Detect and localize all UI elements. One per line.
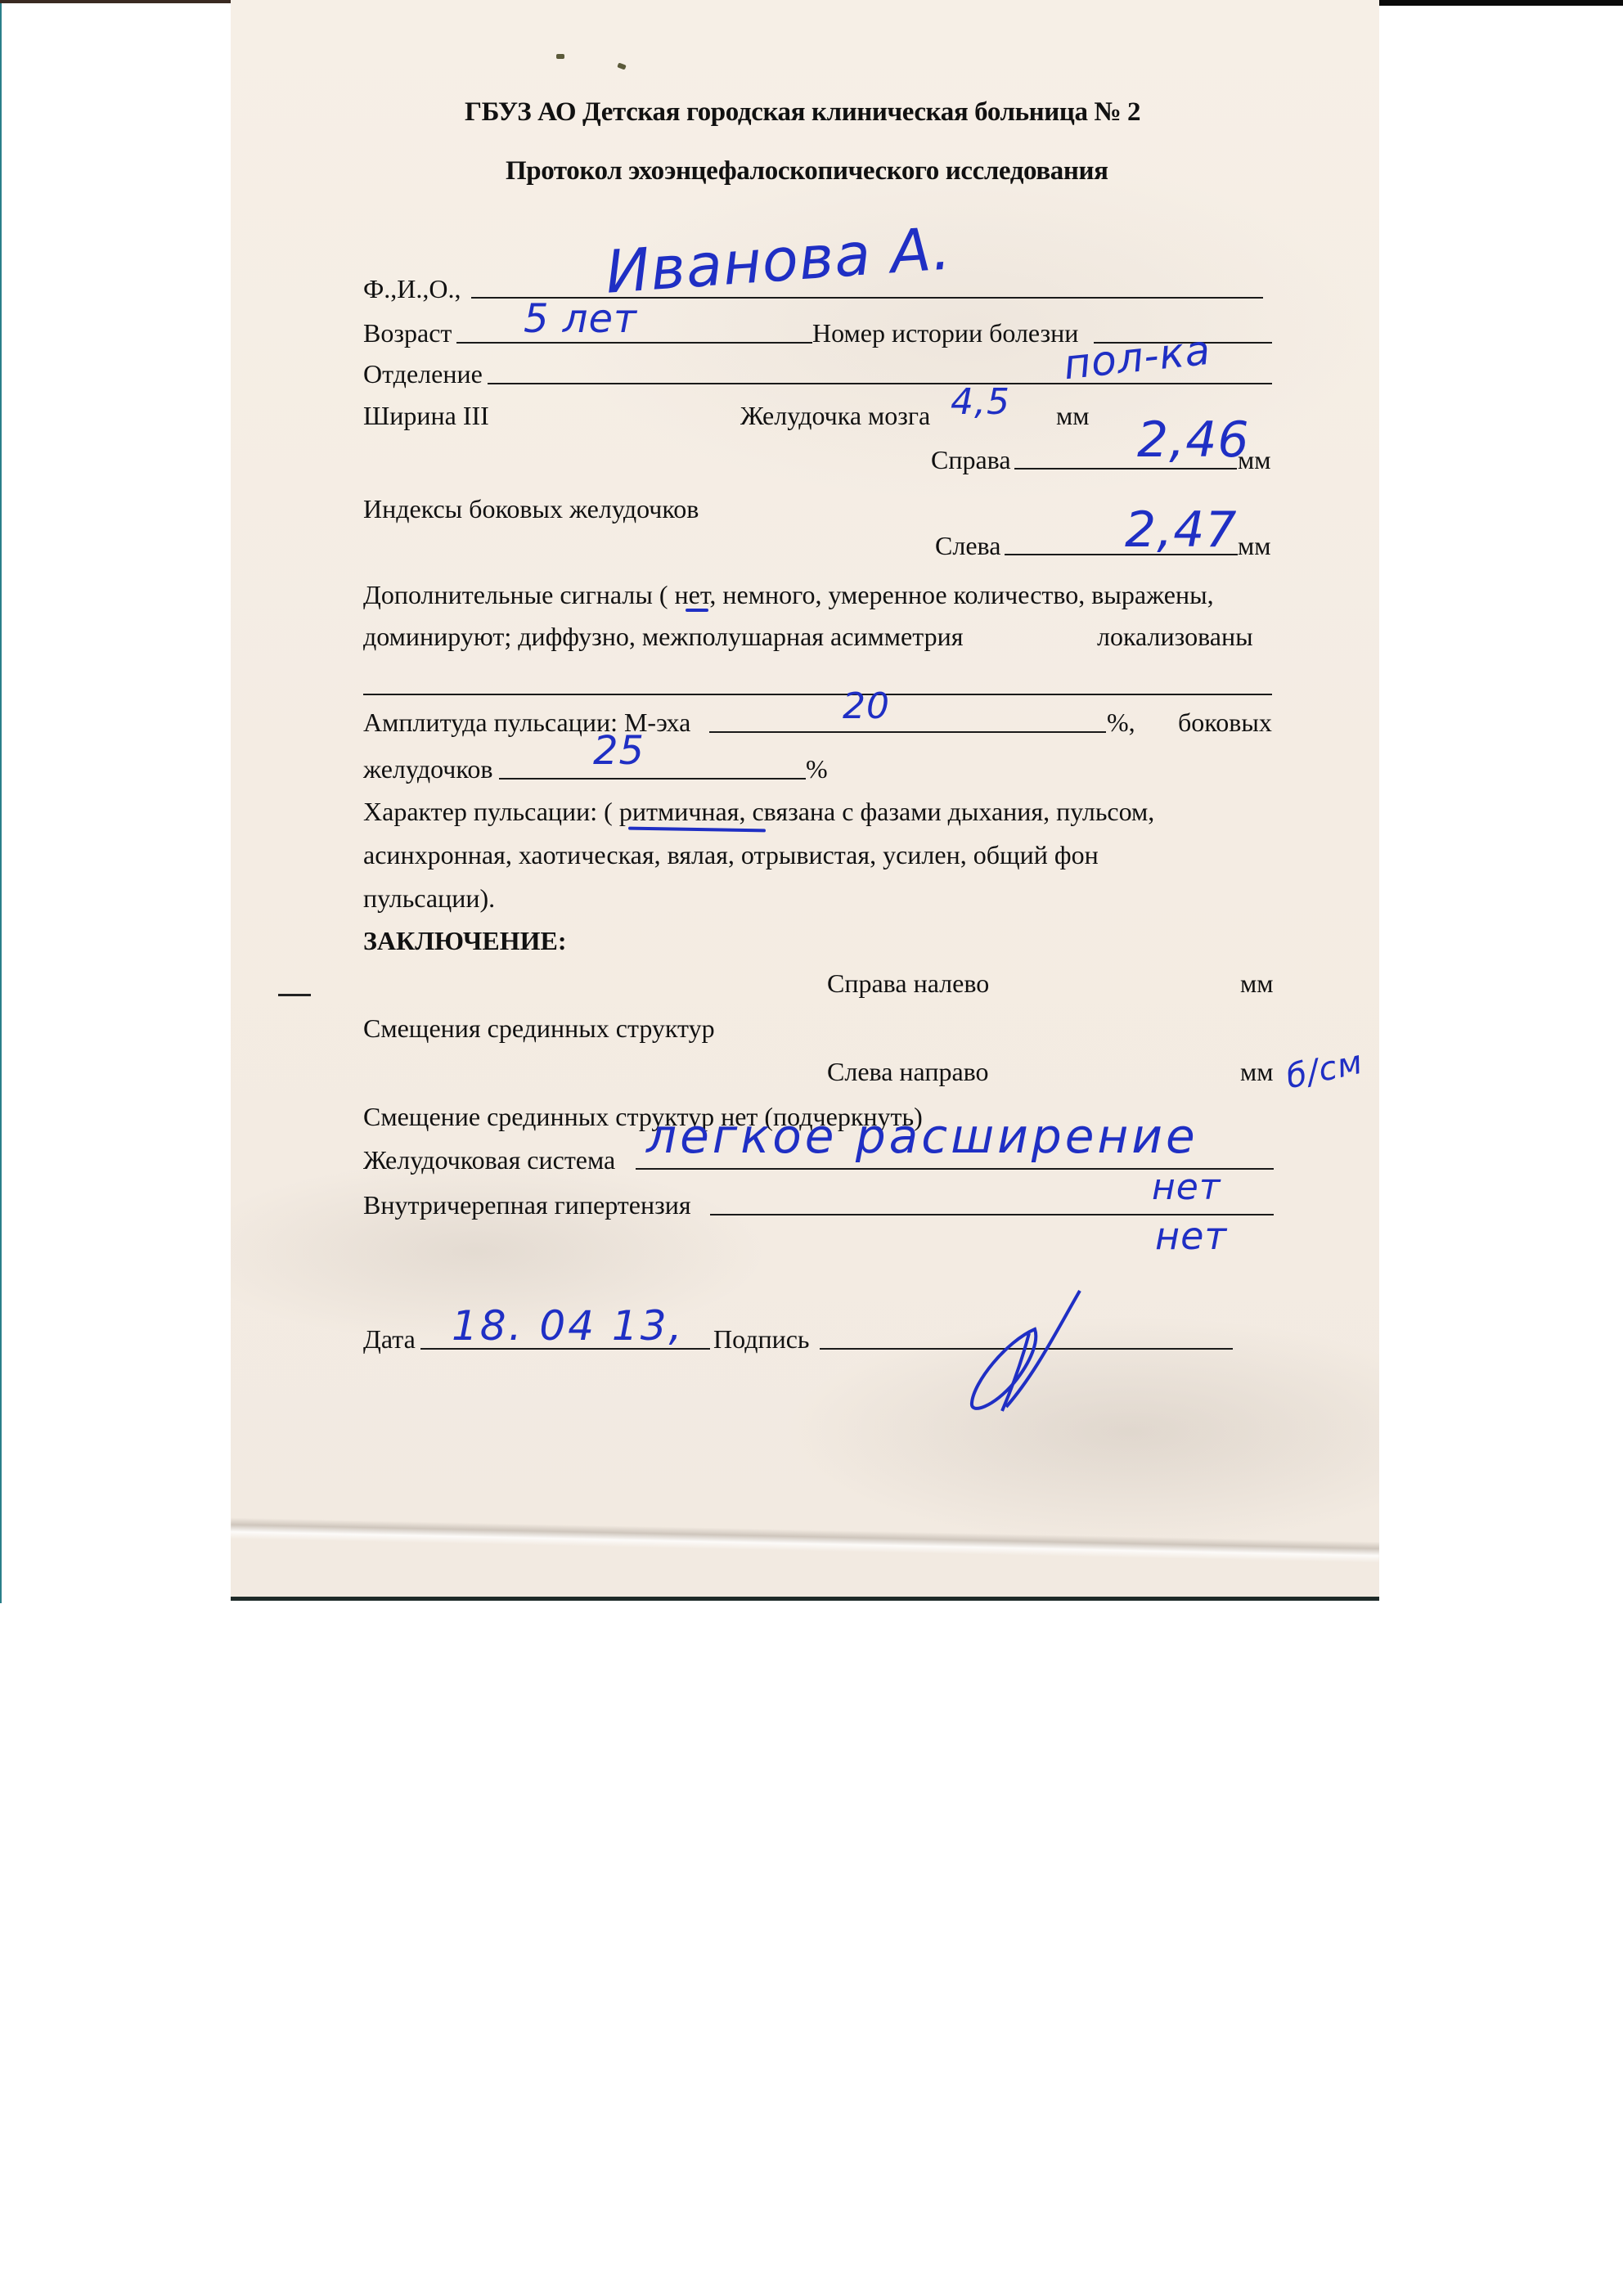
scan-edge <box>0 0 231 3</box>
age-line <box>456 342 812 344</box>
signature-scribble-icon <box>957 1284 1096 1415</box>
history-number-label: Номер истории болезни <box>812 320 1078 346</box>
signature-label: Подпись <box>713 1326 810 1352</box>
left-value[interactable]: 2,47 <box>1125 505 1238 555</box>
pulsation-line-2: асинхронная, хаотическая, вялая, отрывис… <box>363 842 1099 868</box>
ventricular-system-value[interactable]: легкое расширение <box>646 1112 1198 1160</box>
age-value[interactable]: 5 лет <box>524 299 637 339</box>
ventricular-system-label: Желудочковая система <box>363 1147 615 1173</box>
date-value[interactable]: 18. 04 13, <box>452 1305 684 1346</box>
department-label: Отделение <box>363 361 483 387</box>
ventricle-label: Желудочка мозга <box>740 402 930 429</box>
ventricle-unit: мм <box>1056 402 1090 429</box>
scan-mark <box>278 994 311 996</box>
shift-label: Смещения срединных структур <box>363 1015 715 1041</box>
pulsation-line-3: пульсации). <box>363 885 495 911</box>
department-line <box>488 383 1272 384</box>
selection-underline <box>686 609 708 612</box>
width-label: Ширина III <box>363 402 489 429</box>
hypertension-value[interactable]: нет <box>1155 1217 1227 1255</box>
m-echo-value[interactable]: 20 <box>843 689 890 725</box>
right-value[interactable]: 2,46 <box>1137 416 1250 465</box>
lateral-index-label: Индексы боковых желудочков <box>363 496 699 522</box>
right-unit: мм <box>1238 447 1271 473</box>
age-label: Возраст <box>363 320 452 346</box>
right-to-left-unit: мм <box>1240 970 1274 996</box>
lateral-label-a: боковых <box>1178 709 1272 735</box>
fio-label: Ф.,И.,О., <box>363 276 461 302</box>
right-to-left-label: Справа налево <box>827 970 989 996</box>
right-label: Справа <box>931 447 1011 473</box>
m-echo-line <box>709 731 1106 733</box>
hypertension-label: Внутричерепная гипертензия <box>363 1192 691 1218</box>
scan-edge <box>0 0 2 1603</box>
lateral-line <box>499 778 806 780</box>
lateral-unit: % <box>806 756 828 782</box>
m-echo-unit: %, <box>1107 709 1135 735</box>
signals-localized: локализованы <box>1097 623 1253 649</box>
document-title: Протокол эхоэнцефалоскопического исследо… <box>506 158 1108 185</box>
left-unit: мм <box>1238 532 1271 559</box>
conclusion-heading: ЗАКЛЮЧЕНИЕ: <box>363 928 566 954</box>
paper-crease <box>231 1517 1379 1562</box>
left-to-right-label: Слева направо <box>827 1058 989 1085</box>
date-label: Дата <box>363 1326 416 1352</box>
ventricular-system-value-2[interactable]: нет <box>1152 1170 1221 1206</box>
ventricle-value[interactable]: 4,5 <box>951 384 1010 420</box>
lateral-value[interactable]: 25 <box>593 731 645 771</box>
lateral-label-b: желудочков <box>363 756 492 782</box>
staple-hole <box>556 54 564 59</box>
signals-blank-line[interactable] <box>363 694 1272 695</box>
institution-name: ГБУЗ АО Детская городская клиническая бо… <box>465 99 1140 126</box>
left-to-right-unit: мм <box>1240 1058 1274 1085</box>
scan-edge <box>1379 0 1623 6</box>
pulsation-line-1: Характер пульсации: ( ритмичная, связана… <box>363 798 1154 824</box>
signals-line-1: Дополнительные сигналы ( нет, немного, у… <box>363 582 1214 608</box>
signals-line-2: доминируют; диффузно, межполушарная асим… <box>363 623 963 649</box>
left-label: Слева <box>935 532 1000 559</box>
